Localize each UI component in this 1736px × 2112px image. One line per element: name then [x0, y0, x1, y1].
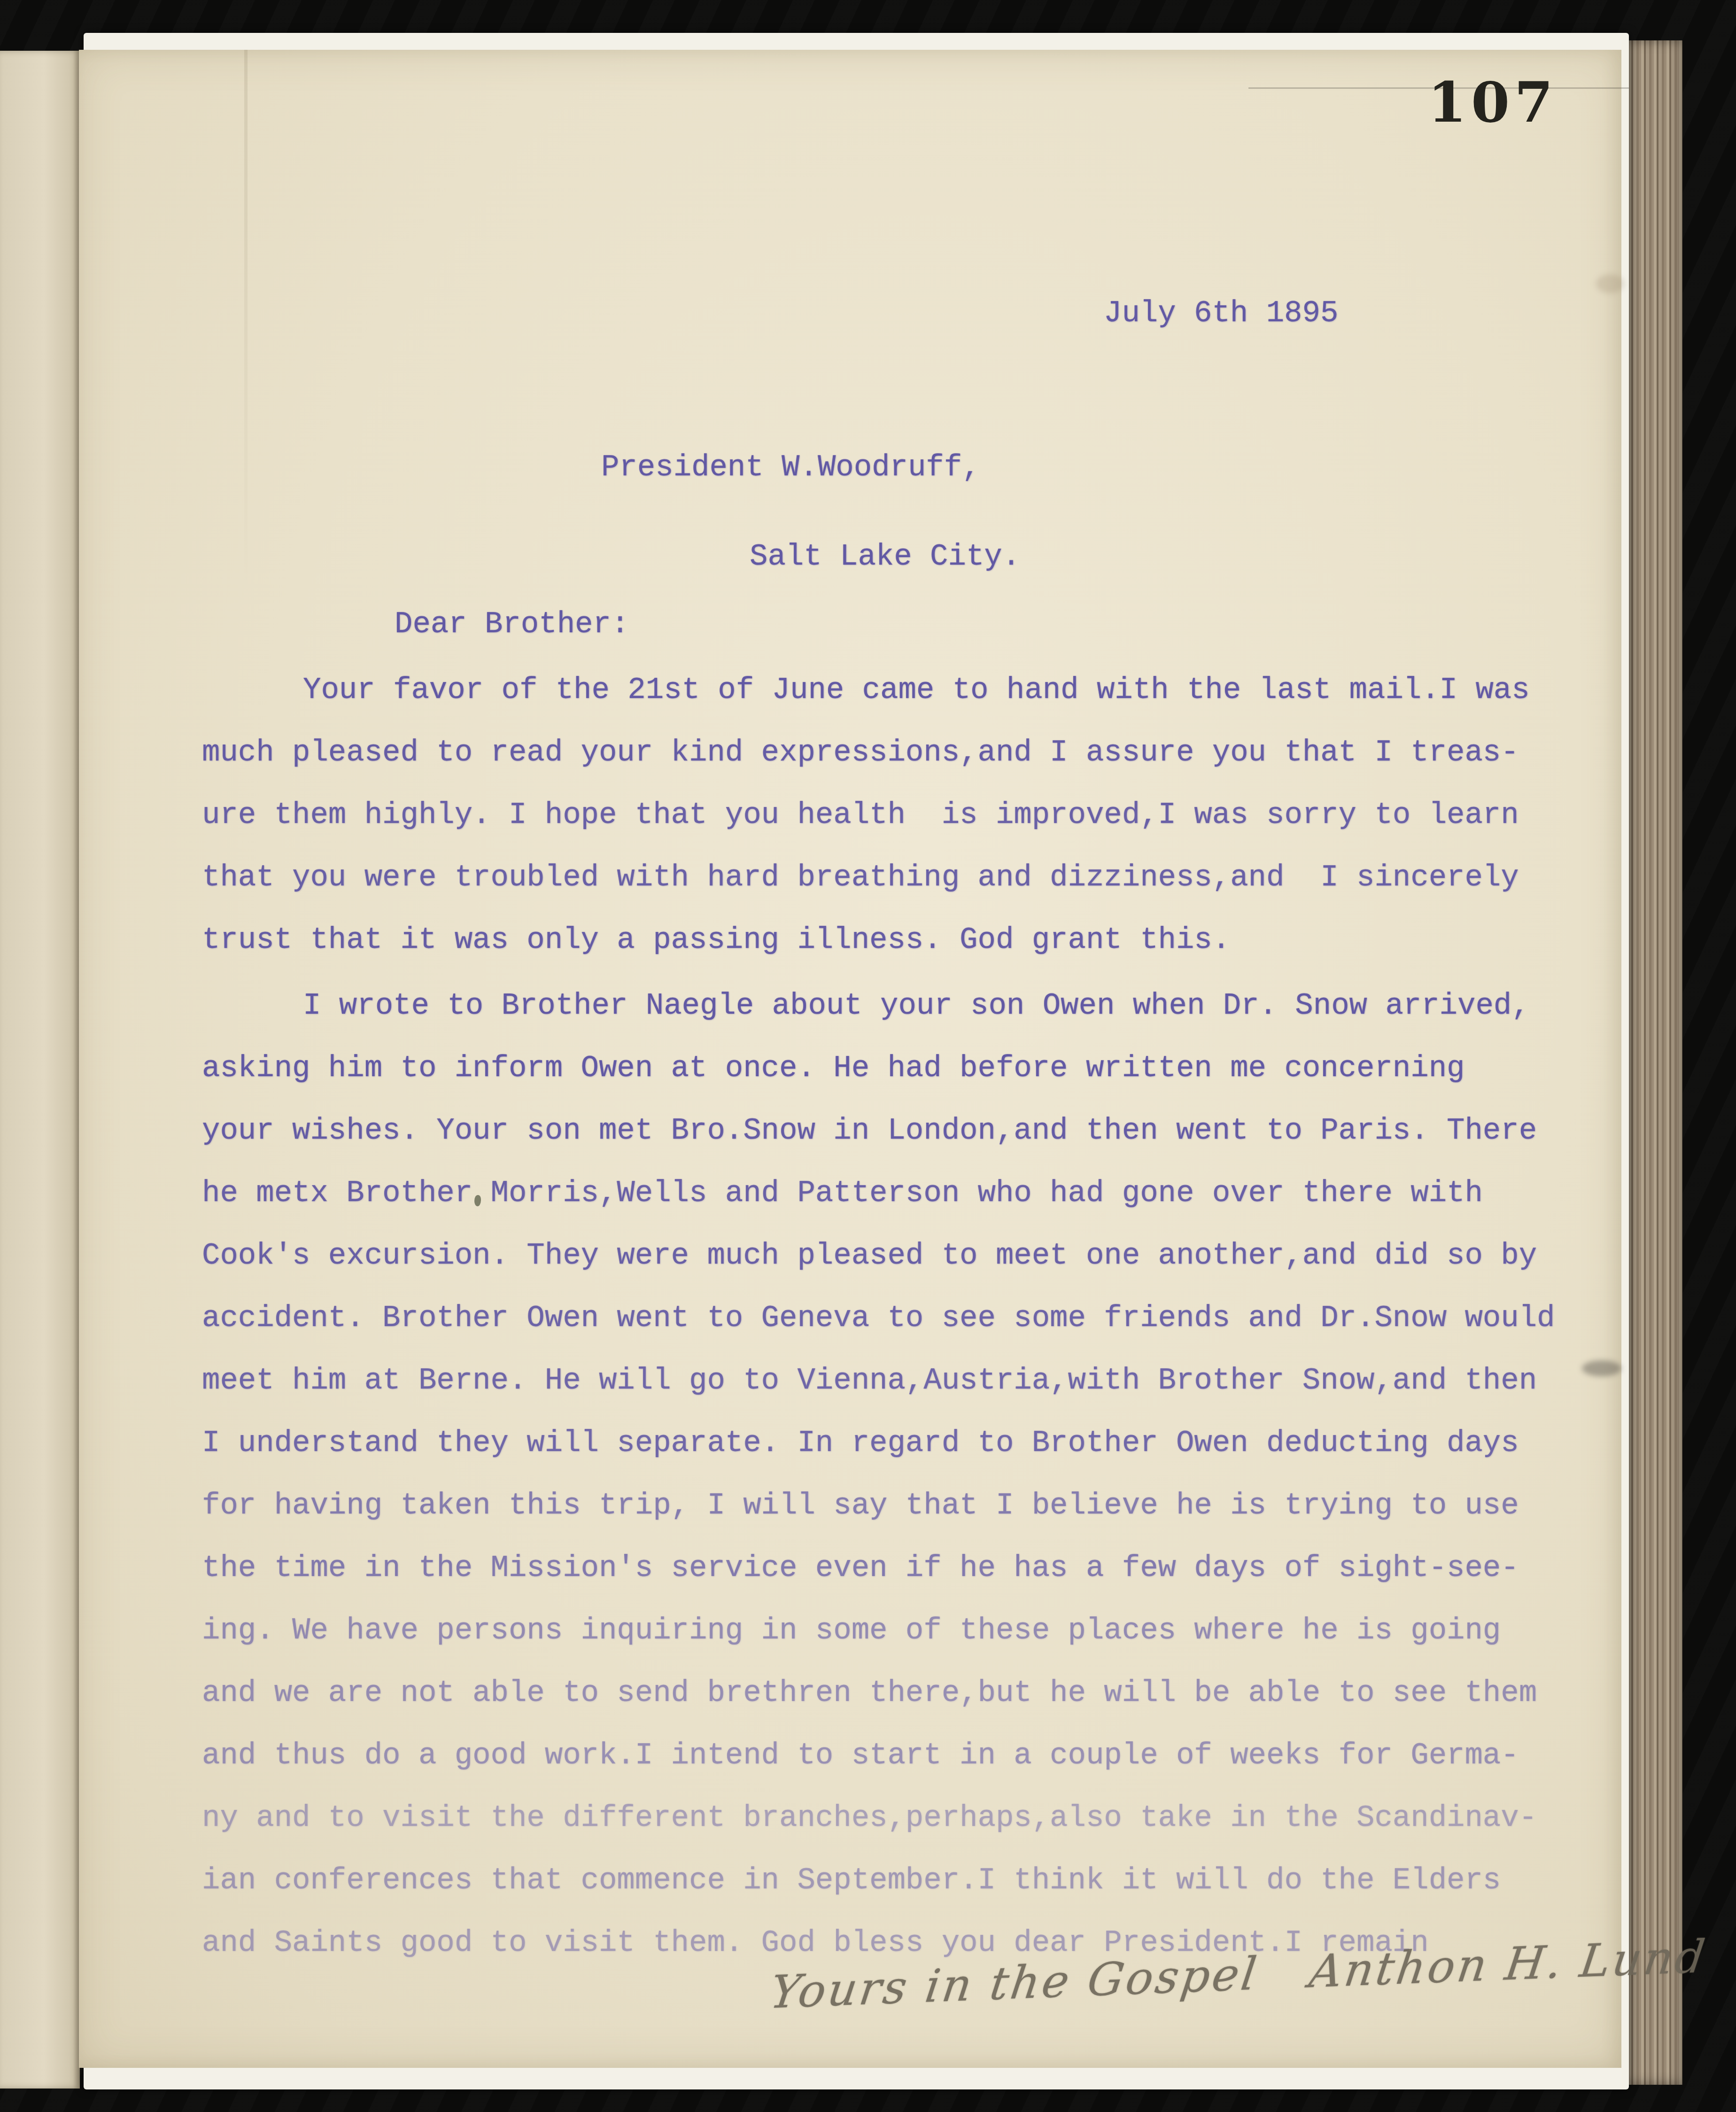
letter-line: meet him at Berne. He will go to Vienna,… [202, 1366, 1537, 1396]
letter-line: ian conferences that commence in Septemb… [202, 1866, 1501, 1896]
letter-line: I wrote to Brother Naegle about your son… [303, 991, 1530, 1021]
letter-line: much pleased to read your kind expressio… [202, 738, 1519, 768]
letter-page: 107 July 6th 1895 President W.Woodruff, … [79, 50, 1621, 2068]
letter-line: the time in the Mission's service even i… [202, 1553, 1519, 1584]
recipient-city: Salt Lake City. [750, 542, 1020, 572]
letter-line: trust that it was only a passing illness… [202, 925, 1230, 955]
letter-line: ing. We have persons inquiring in some o… [202, 1616, 1501, 1646]
letterbook-scan: { "page_number": "107", "letter": { "dat… [0, 0, 1736, 2112]
letter-line: he metx Brother Morris,Wells and Patters… [202, 1179, 1483, 1209]
letter-line: Cook's excursion. They were much pleased… [202, 1241, 1537, 1271]
letter-line: that you were troubled with hard breathi… [202, 863, 1519, 893]
book-fore-edge-pages [1626, 40, 1682, 2085]
recipient-name: President W.Woodruff, [601, 453, 980, 483]
letter-line: asking him to inform Owen at once. He ha… [202, 1054, 1465, 1084]
letter-line: and thus do a good work.I intend to star… [202, 1741, 1519, 1771]
paper-crease [244, 50, 248, 590]
paper-stain [1596, 274, 1624, 293]
letter-line: accident. Brother Owen went to Geneva to… [202, 1304, 1555, 1334]
page-number: 107 [1428, 70, 1558, 135]
ink-smudge [1582, 1360, 1621, 1376]
letter-line: and we are not able to send brethren the… [202, 1678, 1537, 1708]
letter-line: for having taken this trip, I will say t… [202, 1491, 1519, 1521]
letter-line: I understand they will separate. In rega… [202, 1429, 1519, 1459]
date-line: July 6th 1895 [1104, 299, 1338, 329]
salutation: Dear Brother: [395, 610, 629, 640]
letter-line: Your favor of the 21st of June came to h… [303, 676, 1530, 706]
previous-page-edge [0, 51, 80, 2089]
letter-line: ure them highly. I hope that you health … [202, 800, 1519, 831]
letter-line: your wishes. Your son met Bro.Snow in Lo… [202, 1116, 1537, 1146]
letter-line: ny and to visit the different branches,p… [202, 1803, 1537, 1833]
